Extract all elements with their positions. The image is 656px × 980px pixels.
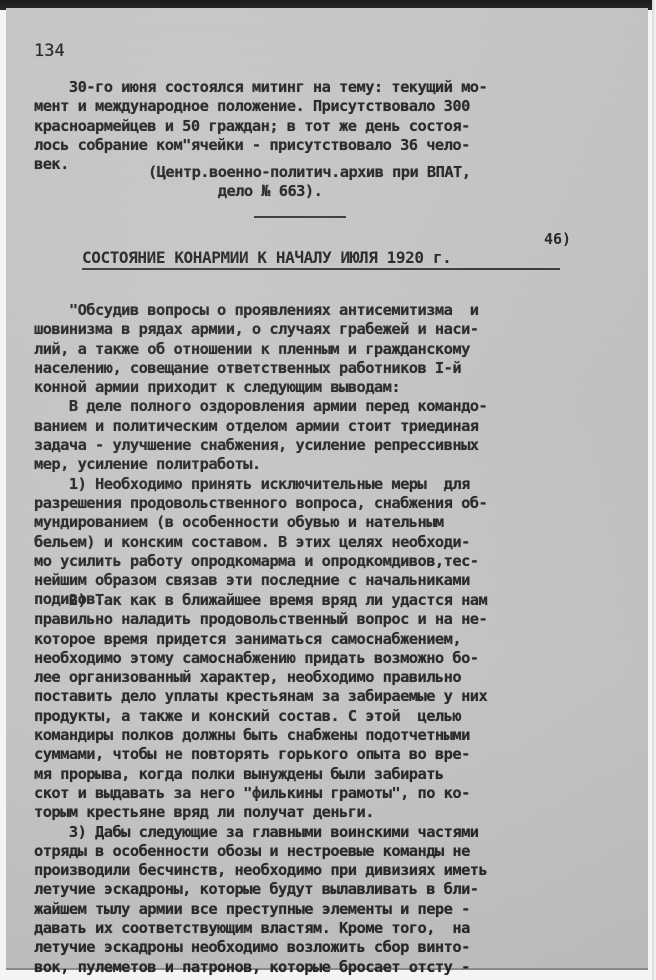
document-page: 134 30-го июня состоялся митинг на тему:… xyxy=(6,8,648,970)
scan-right-edge xyxy=(652,0,656,980)
archive-citation: (Центр.военно-политич.архив при ВПАТ, де… xyxy=(148,163,471,202)
section-divider xyxy=(254,216,346,218)
body-text-part2: 2) Так как в ближайшее время вряд ли уда… xyxy=(34,591,487,977)
page-number: 134 xyxy=(34,42,65,61)
footnote-marker: 46) xyxy=(544,230,571,248)
intro-paragraph: 30-го июня состоялся митинг на тему: тек… xyxy=(34,78,487,174)
section-heading: СОСТОЯНИЕ КОНАРМИИ К НАЧАЛУ ИЮЛЯ 1920 г. xyxy=(82,248,560,270)
body-text-part1: "Обсудив вопросы о проявлениях антисемит… xyxy=(34,301,487,610)
